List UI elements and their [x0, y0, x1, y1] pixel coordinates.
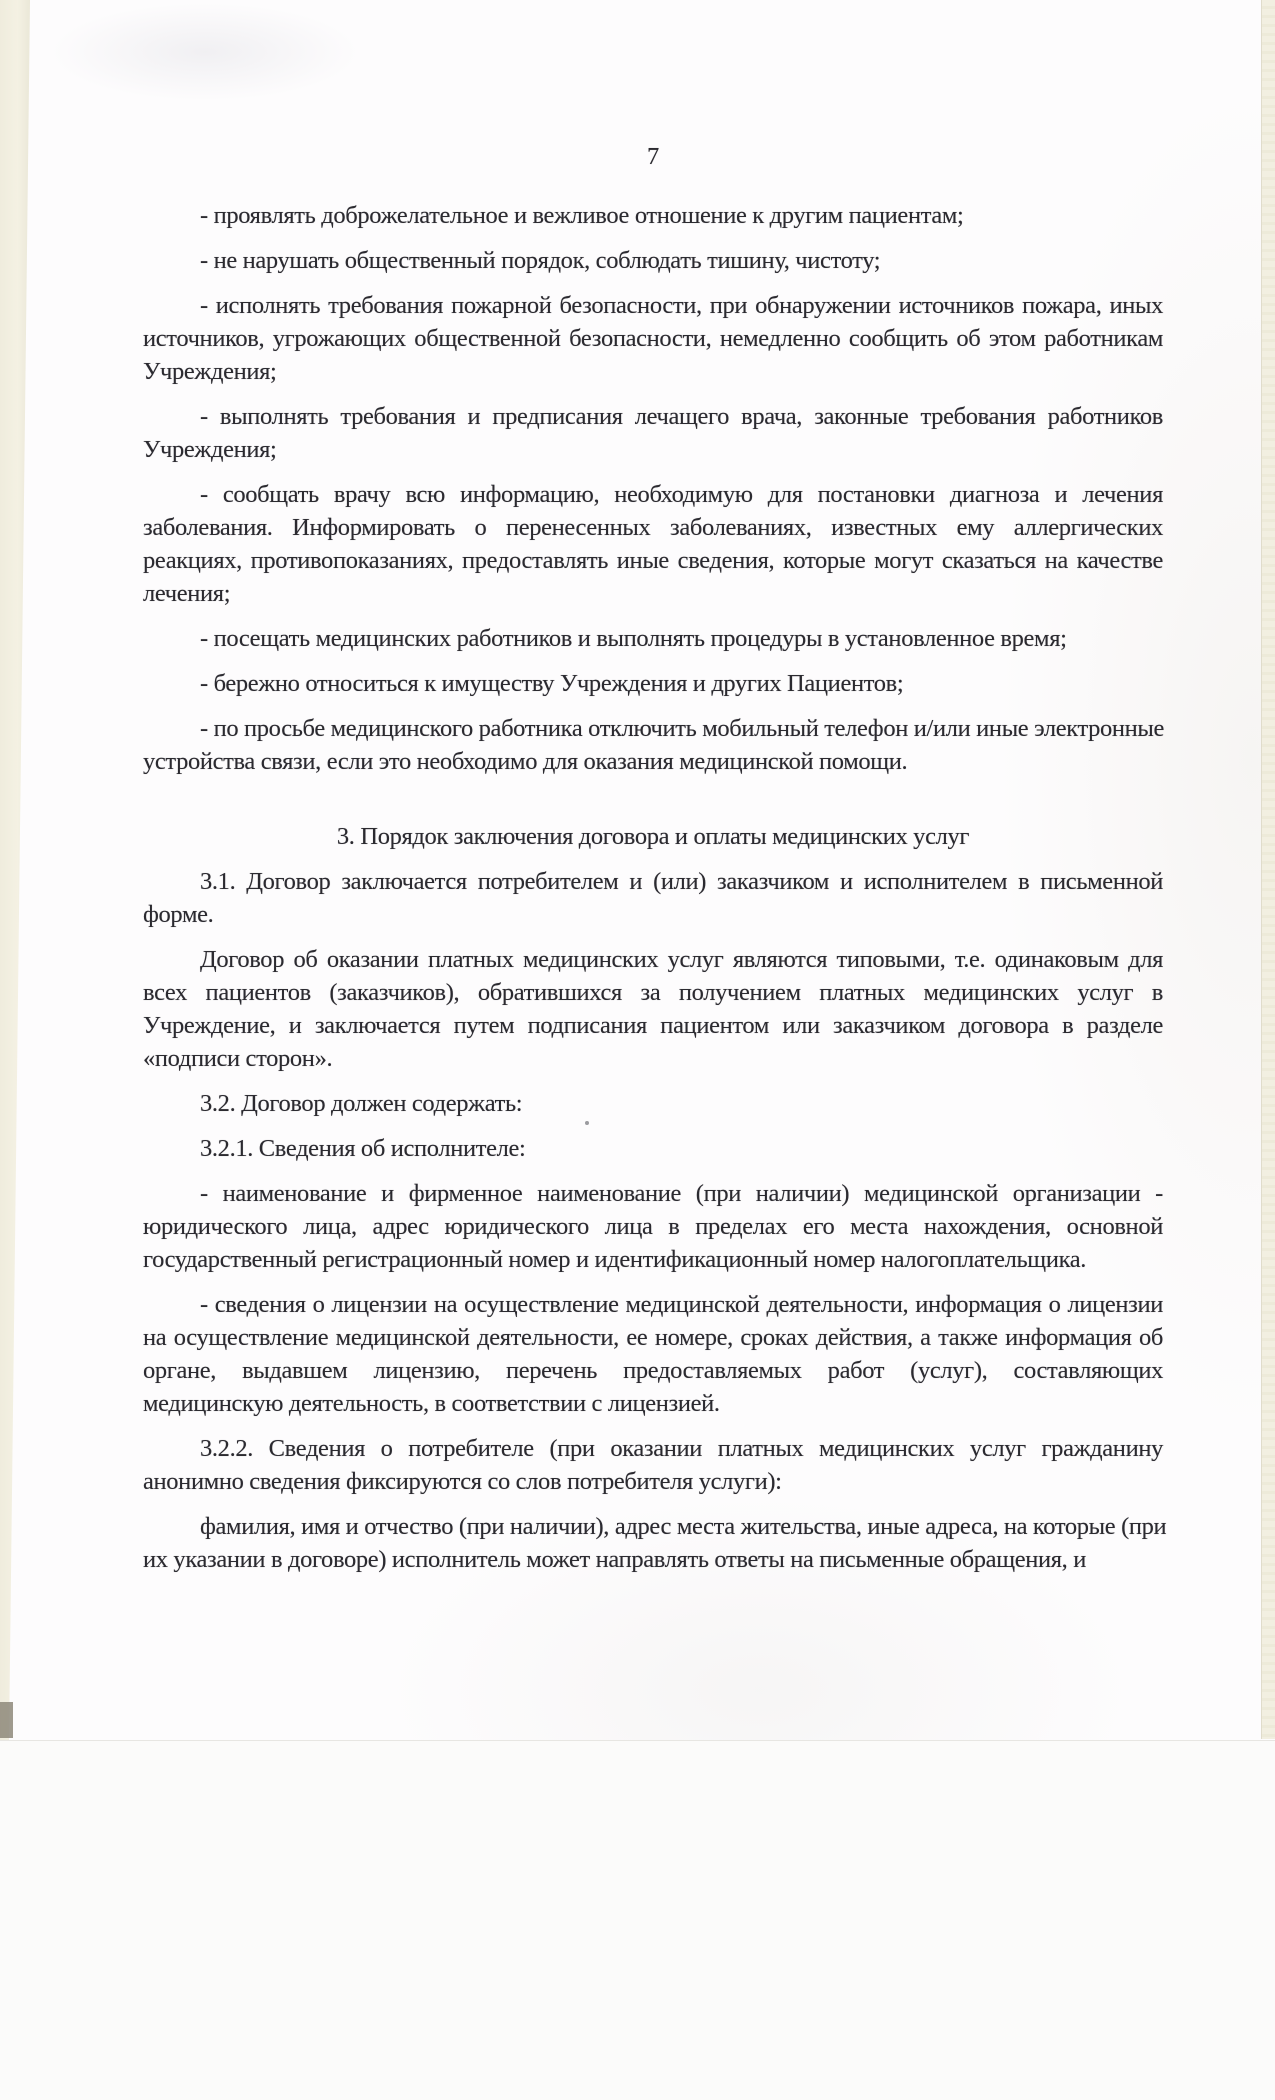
document-text: 7 - проявлять доброжелательное и вежливо… [143, 0, 1163, 1588]
paragraph: - выполнять требования и предписания леч… [143, 400, 1163, 466]
paragraph: - исполнять требования пожарной безопасн… [143, 289, 1163, 388]
text-line: - выполнять требования и предписания леч… [143, 400, 1163, 433]
text-line: устройства связи, если это необходимо дл… [143, 745, 1163, 778]
paragraph: - бережно относиться к имуществу Учрежде… [143, 667, 1163, 700]
text-line: - исполнять требования пожарной безопасн… [143, 289, 1163, 322]
section-heading: 3. Порядок заключения договора и оплаты … [143, 820, 1163, 853]
paragraph: - по просьбе медицинского работника откл… [143, 712, 1163, 778]
paragraph: - посещать медицинских работников и выпо… [143, 622, 1163, 655]
text-line: фамилия, имя и отчество (при наличии), а… [143, 1510, 1163, 1543]
text-line: реакциях, противопоказаниях, предоставля… [143, 544, 1163, 577]
text-line: анонимно сведения фиксируются со слов по… [143, 1465, 1163, 1498]
text-line: Учреждение, и заключается путем подписан… [143, 1009, 1163, 1042]
text-line: государственный регистрационный номер и … [143, 1243, 1163, 1276]
scanned-page: 7 - проявлять доброжелательное и вежливо… [0, 0, 1275, 1741]
paragraph: 3.1. Договор заключается потребителем и … [143, 865, 1163, 931]
paragraph: - наименование и фирменное наименование … [143, 1177, 1163, 1276]
text-line: на осуществление медицинской деятельност… [143, 1321, 1163, 1354]
paragraph: фамилия, имя и отчество (при наличии), а… [143, 1510, 1163, 1576]
text-line: - наименование и фирменное наименование … [143, 1177, 1163, 1210]
text-line: всех пациентов (заказчиков), обратившихс… [143, 976, 1163, 1009]
text-line: - проявлять доброжелательное и вежливое … [143, 199, 1163, 232]
text-line: лечения; [143, 577, 1163, 610]
text-line: Учреждения; [143, 433, 1163, 466]
scan-corner-shadow [0, 1702, 13, 1738]
paragraph: - не нарушать общественный порядок, собл… [143, 244, 1163, 277]
text-line: - посещать медицинских работников и выпо… [143, 622, 1163, 655]
text-line: - сведения о лицензии на осуществление м… [143, 1288, 1163, 1321]
text-line: Договор об оказании платных медицинских … [143, 943, 1163, 976]
text-line: 3.2.2. Сведения о потребителе (при оказа… [143, 1432, 1163, 1465]
paragraph: - сведения о лицензии на осуществление м… [143, 1288, 1163, 1420]
paragraph: - сообщать врачу всю информацию, необход… [143, 478, 1163, 610]
text-line: - по просьбе медицинского работника откл… [143, 712, 1163, 745]
text-line: их указании в договоре) исполнитель може… [143, 1543, 1163, 1576]
paragraph: 3.2.2. Сведения о потребителе (при оказа… [143, 1432, 1163, 1498]
text-line: - сообщать врачу всю информацию, необход… [143, 478, 1163, 511]
page-number: 7 [143, 140, 1163, 173]
screenshot-canvas: 7 - проявлять доброжелательное и вежливо… [0, 0, 1275, 2100]
paragraph: - проявлять доброжелательное и вежливое … [143, 199, 1163, 232]
paragraph: 3.2.1. Сведения об исполнителе: [143, 1132, 1163, 1165]
text-line: источников, угрожающих общественной безо… [143, 322, 1163, 355]
paragraph: Договор об оказании платных медицинских … [143, 943, 1163, 1075]
text-line: 3.2.1. Сведения об исполнителе: [143, 1132, 1163, 1165]
text-line: юридического лица, адрес юридического ли… [143, 1210, 1163, 1243]
paragraph: 3.2. Договор должен содержать: [143, 1087, 1163, 1120]
text-line: медицинскую деятельность, в соответствии… [143, 1387, 1163, 1420]
text-line: заболевания. Информировать о перенесенны… [143, 511, 1163, 544]
text-line: Учреждения; [143, 355, 1163, 388]
text-line: 3.2. Договор должен содержать: [143, 1087, 1163, 1120]
text-line: форме. [143, 898, 1163, 931]
scan-right-edge-strip [1261, 0, 1275, 1739]
text-line: 3.1. Договор заключается потребителем и … [143, 865, 1163, 898]
scan-left-edge-strip [0, 0, 32, 1740]
text-line: «подписи сторон». [143, 1042, 1163, 1075]
text-line: органе, выдавшем лицензию, перечень пред… [143, 1354, 1163, 1387]
text-line: - не нарушать общественный порядок, собл… [143, 244, 1163, 277]
text-line: - бережно относиться к имуществу Учрежде… [143, 667, 1163, 700]
